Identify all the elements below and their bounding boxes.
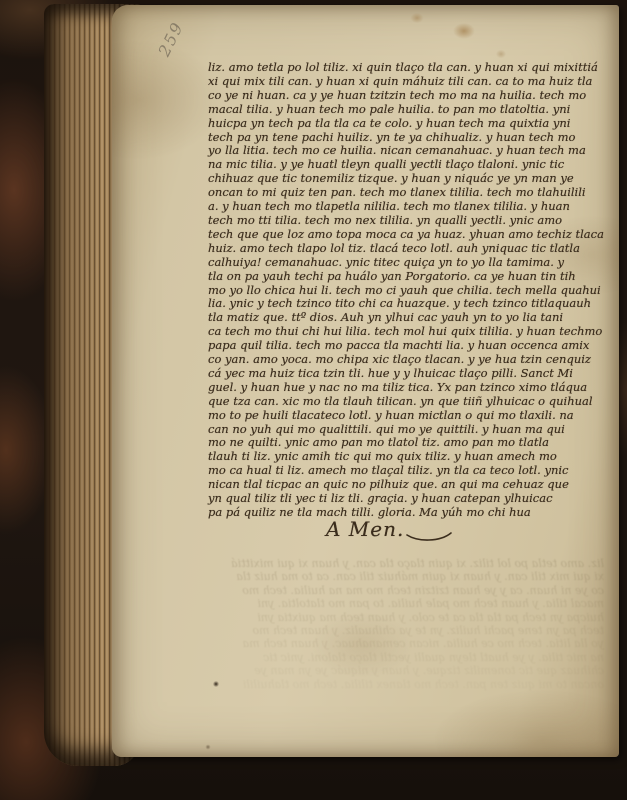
manuscript-line: tech pa yn tene pachi huiliz. yn te ya c… — [208, 131, 556, 145]
book-photo: 259 liz. amo tetla po lol tiliz. xi quin… — [0, 0, 627, 800]
bleedthrough-line: macal tilia. y huan tech mo pale huilia.… — [118, 597, 604, 610]
bleedthrough-line: huicpa yn tech pa tla tla ca te colo. y … — [118, 611, 604, 624]
manuscript-line: huiz. amo tech tlapo lol tiz. tlacá teco… — [208, 242, 556, 256]
bleedthrough-line: chihuaz que tic tonemiliz tizque. y huan… — [118, 664, 604, 677]
manuscript-line: yo lla litia. tech mo ce huilia. nican c… — [208, 144, 556, 158]
manuscript-line: lia. ynic y tech tzinco tito chi ca huaz… — [208, 297, 556, 311]
bleedthrough-line: na mic tilia. y ye huatl tleyn qualli ye… — [118, 651, 604, 664]
bleedthrough-line: xi qui mix tili can. y huan xi quin máhu… — [118, 570, 604, 583]
bleedthrough-line: yo lla litia. tech mo ce huilia. nican c… — [118, 637, 604, 650]
manuscript-line: na mic tilia. y ye huatl tleyn qualli ye… — [208, 158, 556, 172]
manuscript-line: co yan. amo yoca. mo chipa xic tlaço tla… — [208, 353, 556, 367]
manuscript-line: tech que que loz amo topa moca ca ya hua… — [208, 228, 556, 242]
manuscript-line: tech mo tti tilia. tech mo nex tililia. … — [208, 214, 556, 228]
bleedthrough-line: co ye ni huan. ca y ye huan tzitzin tech… — [118, 584, 604, 597]
manuscript-text: liz. amo tetla po lol tiliz. xi quin tla… — [208, 61, 556, 542]
manuscript-line: nican tlal ticpac an quic no pilhuiz que… — [208, 478, 556, 492]
manuscript-line: mo ca hual ti liz. amech mo tlaçal tiliz… — [208, 464, 556, 478]
manuscript-line: macal tilia. y huan tech mo pale huilia.… — [208, 103, 556, 117]
manuscript-line: que tza can. xic mo tla tlauh tilican. y… — [208, 395, 556, 409]
bleedthrough-line: oncan to mi quiz ten pan. tech mo tlanex… — [118, 678, 604, 691]
bleedthrough-line: tech pa yn tene pachi huiliz. yn te ya c… — [118, 624, 604, 637]
manuscript-line: ca tech mo thui chi hui lilia. tech mol … — [208, 325, 556, 339]
manuscript-line: xi qui mix tili can. y huan xi quin máhu… — [208, 75, 556, 89]
manuscript-line: cá yec ma huiz tica tzin tli. hue y y lh… — [208, 367, 556, 381]
manuscript-page: 259 liz. amo tetla po lol tiliz. xi quin… — [112, 5, 619, 757]
bleedthrough-text: liz. amo tetla po lol tiliz. xi quin tla… — [118, 557, 604, 691]
manuscript-line: calhuiya! cemanahuac. ynic titec quiça y… — [208, 256, 556, 270]
manuscript-line: co ye ni huan. ca y ye huan tzitzin tech… — [208, 89, 556, 103]
manuscript-line: yn qual tiliz tli yec ti liz tli. graçia… — [208, 492, 556, 506]
manuscript-line: guel. y huan hue y nac no ma tiliz tica.… — [208, 381, 556, 395]
amen-text: A Men. — [326, 517, 404, 541]
manuscript-line: mo yo llo chica hui li. tech mo ci yauh … — [208, 284, 556, 298]
amen-flourish — [406, 530, 452, 542]
manuscript-line: mo to pe huili tlacateco lotl. y huan mi… — [208, 409, 556, 423]
manuscript-line: tla matiz que. ttº dios. Auh yn ylhui ca… — [208, 311, 556, 325]
manuscript-line: liz. amo tetla po lol tiliz. xi quin tla… — [208, 61, 556, 75]
manuscript-line: oncan to mi quiz ten pan. tech mo tlanex… — [208, 186, 556, 200]
manuscript-line: mo ne quilti. ynic amo pan mo tlatol tiz… — [208, 436, 556, 450]
manuscript-line: tla on pa yauh techi pa huálo yan Porgat… — [208, 270, 556, 284]
manuscript-line: tlauh ti liz. ynic amih tic qui mo quix … — [208, 450, 556, 464]
manuscript-line: a. y huan tech mo tlapetla nililia. tech… — [208, 200, 556, 214]
manuscript-line: can no yuh qui mo qualittili. qui mo ye … — [208, 423, 556, 437]
bleedthrough-line: liz. amo tetla po lol tiliz. xi quin tla… — [118, 557, 604, 570]
manuscript-line: papa quil tilia. tech mo pacca tla macht… — [208, 339, 556, 353]
manuscript-line: chihuaz que tic tonemiliz tizque. y huan… — [208, 172, 556, 186]
folio-number: 259 — [154, 10, 191, 60]
amen-line: A Men. — [326, 523, 556, 542]
manuscript-line: huicpa yn tech pa tla tla ca te colo. y … — [208, 117, 556, 131]
